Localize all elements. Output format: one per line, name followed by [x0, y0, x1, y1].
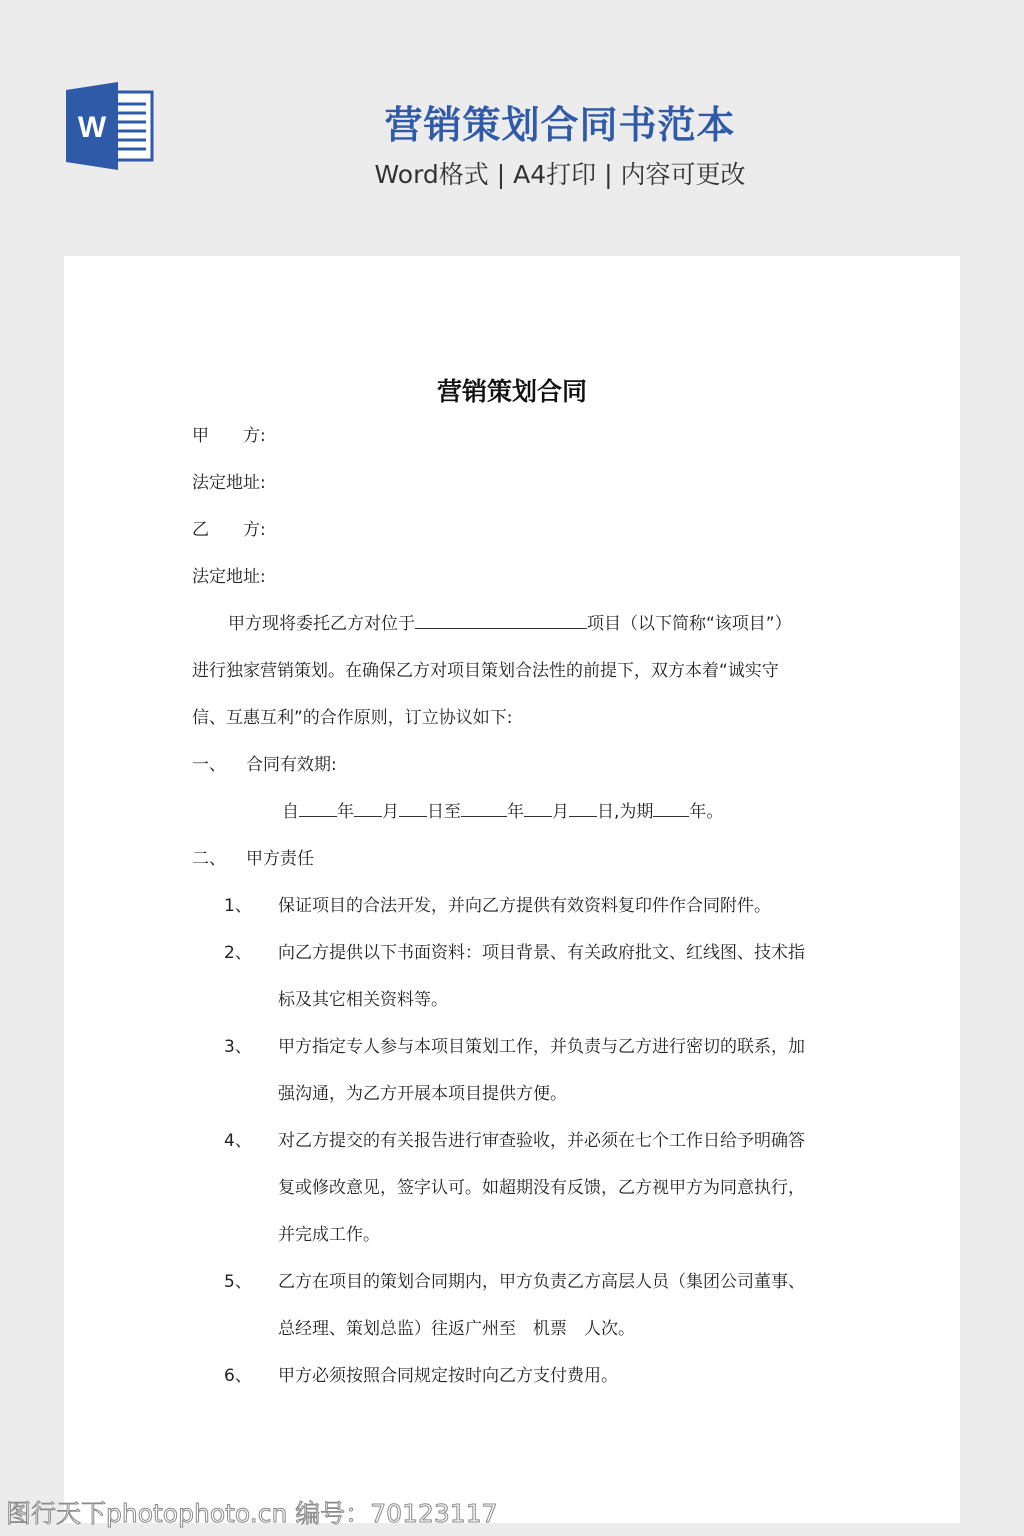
party-b-colon: 方: — [243, 520, 266, 540]
header-subtitle: Word格式 | A4打印 | 内容可更改 — [300, 155, 820, 191]
intro-line-2: 进行独家营销策划。在确保乙方对项目策划合法性的前提下，双方本着“诚实守 — [192, 659, 779, 683]
item-text: 保证项目的合法开发，并向乙方提供有效资料复印件作合同附件。 — [278, 896, 771, 916]
item-text: 乙方在项目的策划合同期内，甲方负责乙方高层人员（集团公司董事、 — [278, 1272, 805, 1292]
item-text: 对乙方提交的有关报告进行审查验收，并必须在七个工作日给予明确答 — [278, 1131, 805, 1151]
list-item: 5、乙方在项目的策划合同期内，甲方负责乙方高层人员（集团公司董事、 — [224, 1270, 805, 1294]
item-text: 甲方指定专人参与本项目策划工作，并负责与乙方进行密切的联系，加 — [278, 1037, 805, 1057]
item-number: 1、 — [224, 894, 278, 918]
list-item: 6、甲方必须按照合同规定按时向乙方支付费用。 — [224, 1364, 618, 1388]
section-1-number: 一、 — [192, 753, 246, 777]
period-day-1: 日至 — [427, 802, 461, 822]
intro-text-after: 项目（以下简称“该项目”） — [587, 614, 792, 634]
period-year-2: 年 — [507, 802, 524, 822]
start-month-blank — [354, 800, 382, 817]
party-a-field: 甲方: — [192, 424, 266, 448]
section-2-heading: 二、甲方责任 — [192, 847, 314, 871]
section-2-title: 甲方责任 — [246, 849, 314, 869]
intro-text-before: 甲方现将委托乙方对位于 — [228, 614, 415, 634]
party-b-label: 乙 — [192, 520, 209, 540]
party-b-field: 乙方: — [192, 518, 266, 542]
end-day-blank — [569, 800, 597, 817]
term-years-blank — [653, 800, 689, 817]
list-item: 3、甲方指定专人参与本项目策划工作，并负责与乙方进行密切的联系，加 — [224, 1035, 805, 1059]
list-item: 4、对乙方提交的有关报告进行审查验收，并必须在七个工作日给予明确答 — [224, 1129, 805, 1153]
item-text-continued: 标及其它相关资料等。 — [278, 988, 448, 1012]
period-day-2: 日,为期 — [597, 802, 653, 822]
period-years-end: 年。 — [689, 802, 723, 822]
end-month-blank — [524, 800, 552, 817]
word-icon: W — [64, 82, 156, 170]
period-month-1: 月 — [382, 802, 399, 822]
item-text-continued: 总经理、策划总监）往返广州至 机票 人次。 — [278, 1317, 635, 1341]
section-1-title: 合同有效期: — [246, 755, 337, 775]
period-from: 自 — [282, 802, 299, 822]
contract-period-line: 自年月日至年月日,为期年。 — [282, 800, 723, 824]
item-text: 向乙方提供以下书面资料：项目背景、有关政府批文、红线图、技术指 — [278, 943, 805, 963]
item-number: 3、 — [224, 1035, 278, 1059]
item-number: 2、 — [224, 941, 278, 965]
header-title: 营销策划合同书范本 — [300, 94, 820, 149]
section-1-heading: 一、合同有效期: — [192, 753, 337, 777]
party-a-address-field: 法定地址: — [192, 471, 266, 495]
item-text: 甲方必须按照合同规定按时向乙方支付费用。 — [278, 1366, 618, 1386]
intro-line-1: 甲方现将委托乙方对位于项目（以下简称“该项目”） — [228, 612, 792, 636]
item-number: 4、 — [224, 1129, 278, 1153]
watermark: 图行天下photophoto.cn 编号：70123117 — [6, 1494, 498, 1530]
item-number: 5、 — [224, 1270, 278, 1294]
start-year-blank — [299, 800, 337, 817]
period-month-2: 月 — [552, 802, 569, 822]
item-text-continued: 并完成工作。 — [278, 1223, 380, 1247]
document-title: 营销策划合同 — [64, 372, 960, 408]
list-item: 1、保证项目的合法开发，并向乙方提供有效资料复印件作合同附件。 — [224, 894, 771, 918]
end-year-blank — [461, 800, 507, 817]
start-day-blank — [399, 800, 427, 817]
svg-text:W: W — [78, 111, 107, 144]
project-location-blank — [415, 612, 587, 629]
item-number: 6、 — [224, 1364, 278, 1388]
section-2-number: 二、 — [192, 847, 246, 871]
document-page: 营销策划合同 甲方: 法定地址: 乙方: 法定地址: 甲方现将委托乙方对位于项目… — [64, 256, 960, 1523]
party-b-address-field: 法定地址: — [192, 565, 266, 589]
item-text-continued: 强沟通，为乙方开展本项目提供方便。 — [278, 1082, 567, 1106]
list-item: 2、向乙方提供以下书面资料：项目背景、有关政府批文、红线图、技术指 — [224, 941, 805, 965]
party-a-label: 甲 — [192, 426, 209, 446]
period-year-1: 年 — [337, 802, 354, 822]
intro-line-3: 信、互惠互利”的合作原则，订立协议如下: — [192, 706, 513, 730]
party-a-colon: 方: — [243, 426, 266, 446]
item-text-continued: 复或修改意见，签字认可。如超期没有反馈，乙方视甲方为同意执行， — [278, 1176, 805, 1200]
